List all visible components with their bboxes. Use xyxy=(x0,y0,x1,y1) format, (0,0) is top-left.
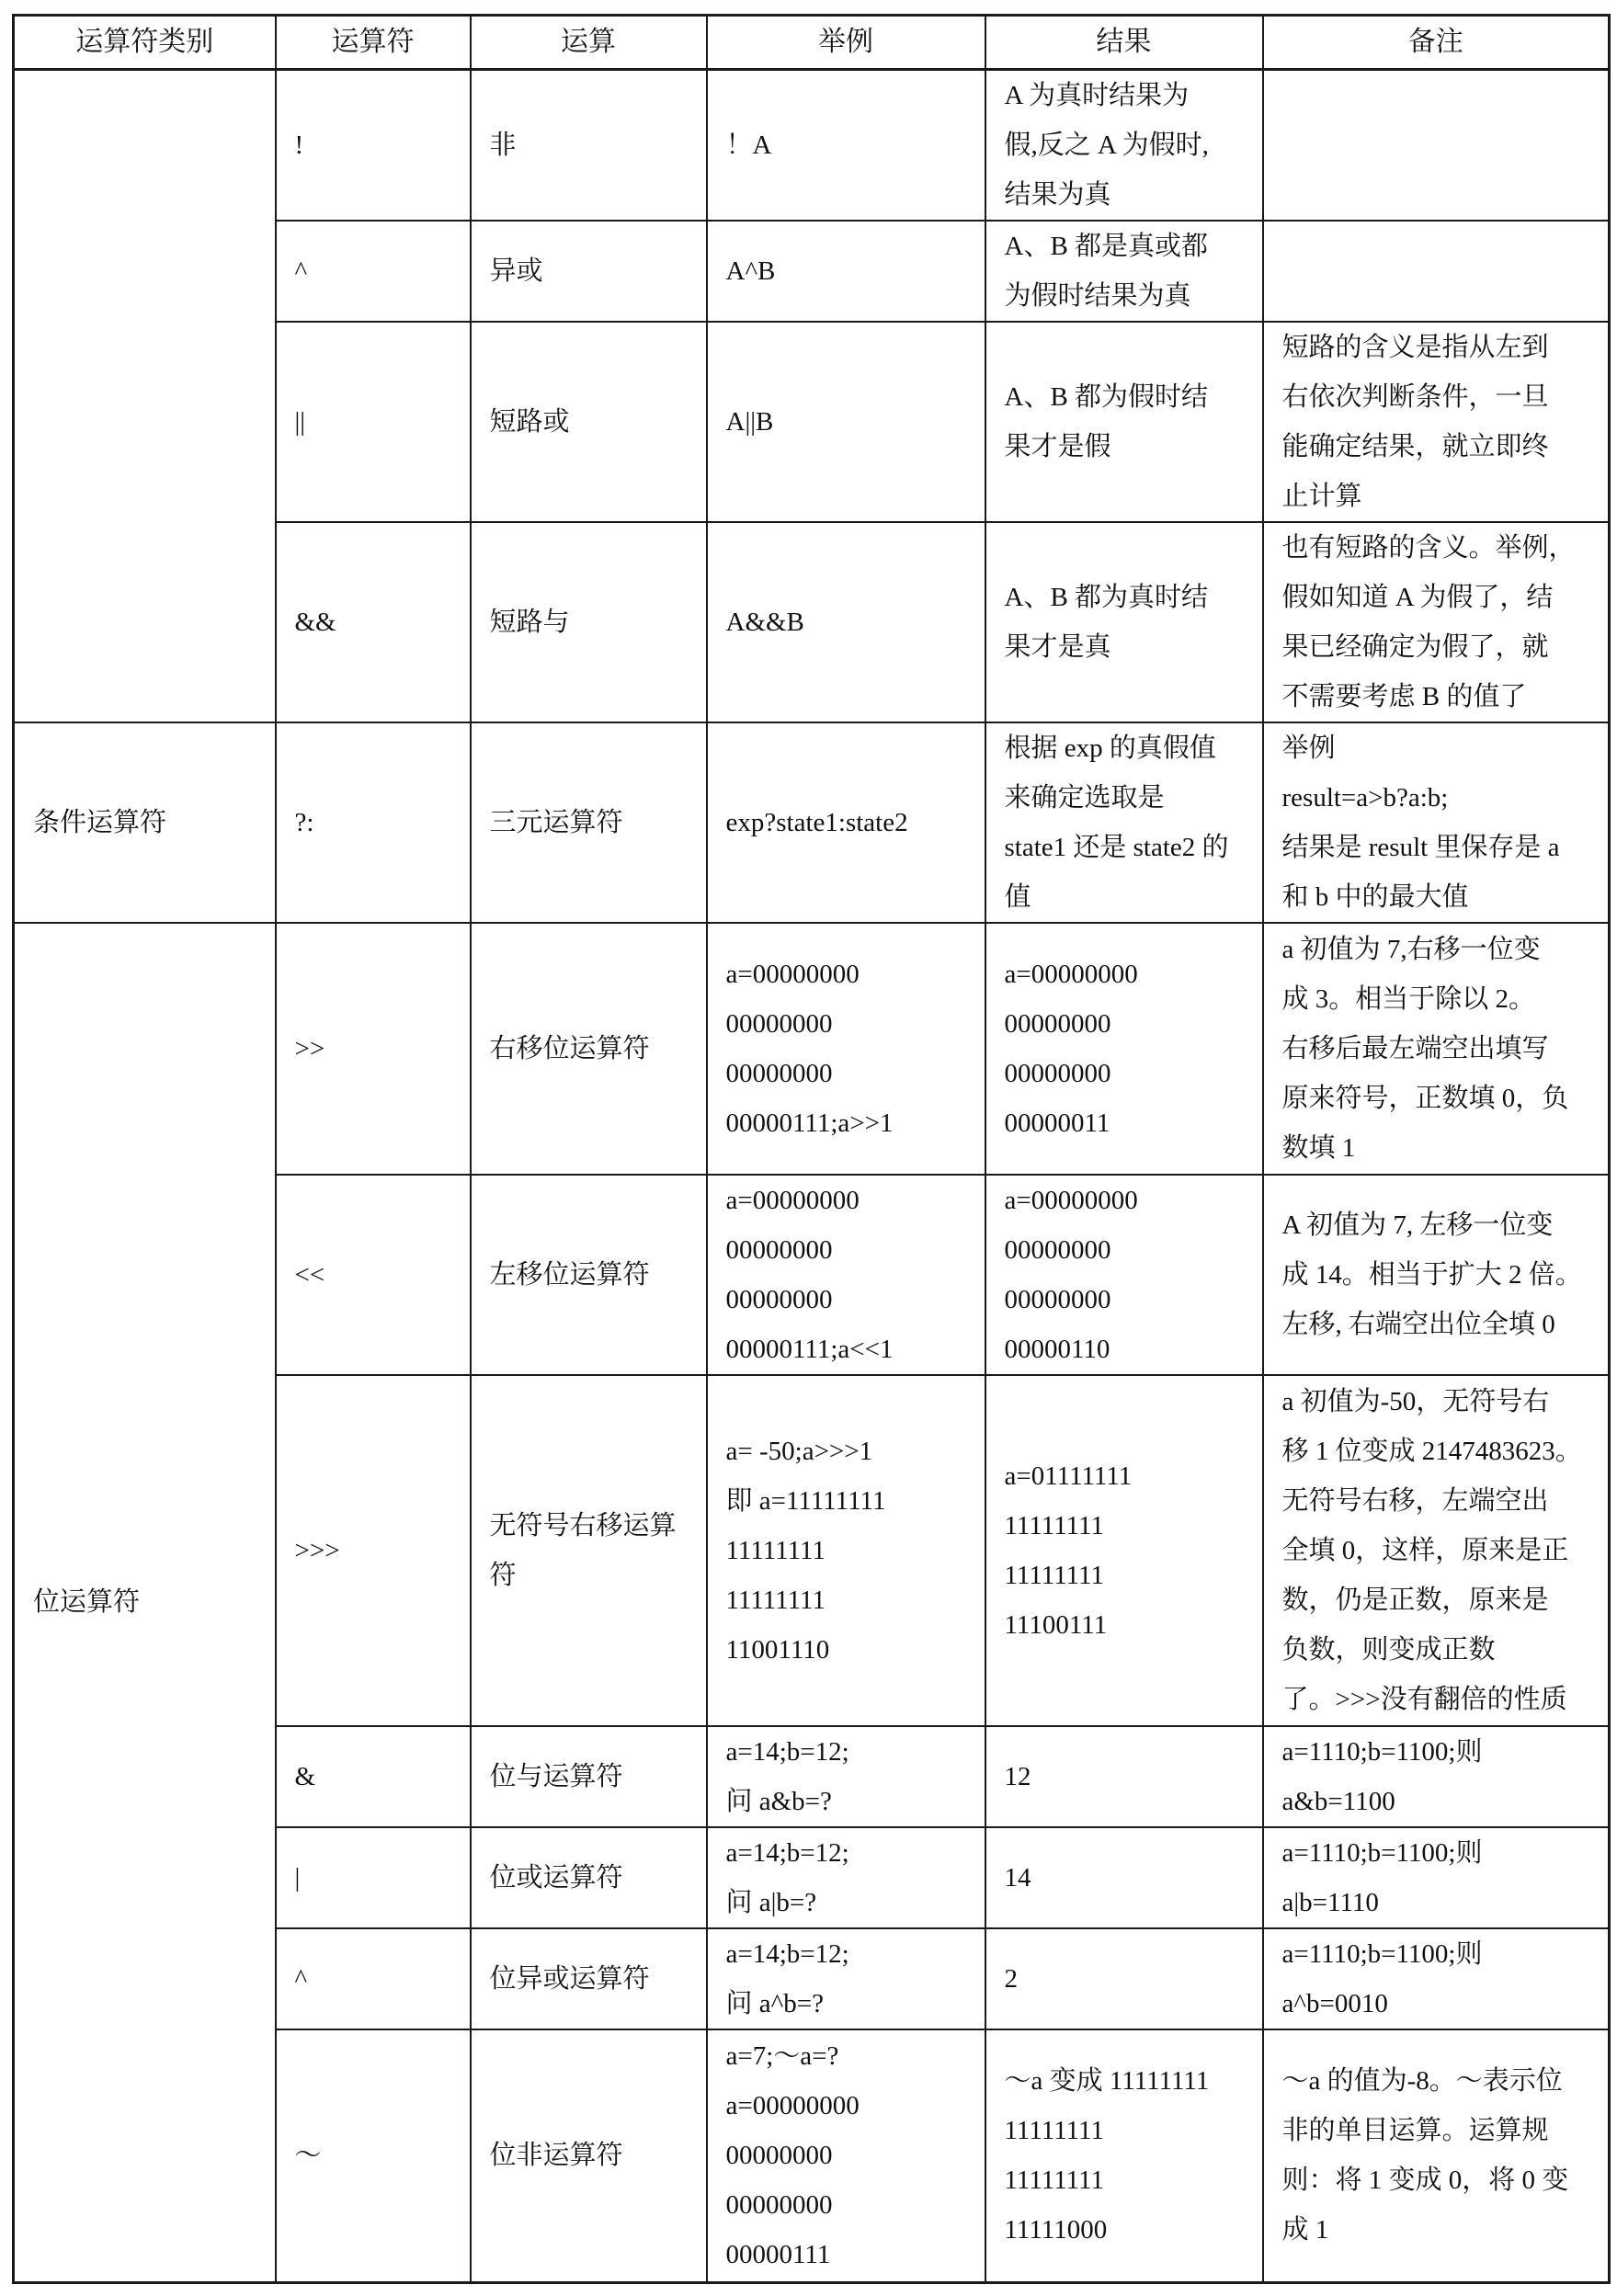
example-cell: A^B xyxy=(707,221,985,322)
operator-cell: && xyxy=(276,522,471,722)
note-line: 止计算 xyxy=(1282,472,1594,521)
result-line: 根据 exp 的真假值 xyxy=(1005,723,1247,773)
note-line: result=a>b?a:b; xyxy=(1282,773,1594,823)
result-line: A、B 都为假时结 xyxy=(1005,372,1247,422)
table-row: 条件运算符?:三元运算符exp?state1:state2根据 exp 的真假值… xyxy=(14,722,1610,923)
result-line: A、B 都是真或都 xyxy=(1005,222,1247,271)
note-cell: 也有短路的含义。举例，假如知道 A 为假了，结果已经确定为假了，就不需要考虑 B… xyxy=(1263,522,1610,722)
operator-cell: >> xyxy=(276,923,471,1175)
note-line: 则：将 1 变成 0，将 0 变 xyxy=(1282,2155,1594,2205)
example-line: 问 a&b=? xyxy=(726,1777,970,1826)
header-result: 结果 xyxy=(985,16,1263,70)
result-line: a=01111111 xyxy=(1005,1451,1247,1501)
header-example: 举例 xyxy=(707,16,985,70)
example-cell: a= -50;a>>>1即 a=111111111111111111111111… xyxy=(707,1375,985,1726)
note-line: A 初值为 7, 左移一位变 xyxy=(1282,1200,1594,1250)
example-cell: a=14;b=12;问 a|b=? xyxy=(707,1827,985,1928)
table-body: !非！AA 为真时结果为假,反之 A 为假时,结果为真^异或A^BA、B 都是真… xyxy=(14,70,1610,2283)
operator-cell: ～ xyxy=(276,2029,471,2282)
operation-cell: 短路或 xyxy=(471,322,707,522)
note-line: 右依次判断条件，一旦 xyxy=(1282,372,1594,422)
example-cell: a=14;b=12;问 a&b=? xyxy=(707,1726,985,1827)
result-cell: A、B 都为真时结果才是真 xyxy=(985,522,1263,722)
example-cell: A||B xyxy=(707,322,985,522)
note-cell: A 初值为 7, 左移一位变成 14。相当于扩大 2 倍。左移, 右端空出位全填… xyxy=(1263,1175,1610,1375)
category-cell: 条件运算符 xyxy=(14,722,276,923)
example-line: A||B xyxy=(726,397,970,447)
example-cell: ！A xyxy=(707,70,985,222)
result-line: a=00000000 xyxy=(1005,949,1247,999)
operation-cell: 位非运算符 xyxy=(471,2029,707,2282)
note-line: a=1110;b=1100;则 xyxy=(1282,1727,1594,1777)
operation-cell: 位或运算符 xyxy=(471,1827,707,1928)
note-line: 负数，则变成正数 xyxy=(1282,1625,1594,1675)
result-line: 11111000 xyxy=(1005,2205,1247,2255)
note-line: 无符号右移，左端空出 xyxy=(1282,1476,1594,1526)
example-line: 00000111;a<<1 xyxy=(726,1324,970,1374)
note-line: 举例 xyxy=(1282,723,1594,773)
operation-cell: 右移位运算符 xyxy=(471,923,707,1175)
operator-cell: << xyxy=(276,1175,471,1375)
result-line: 00000011 xyxy=(1005,1098,1247,1148)
result-cell: 12 xyxy=(985,1726,1263,1827)
category-cell xyxy=(14,70,276,723)
result-line: 2 xyxy=(1005,1954,1247,2004)
note-line: 右移后最左端空出填写 xyxy=(1282,1024,1594,1074)
operation-cell: 左移位运算符 xyxy=(471,1175,707,1375)
result-cell: A 为真时结果为假,反之 A 为假时,结果为真 xyxy=(985,70,1263,222)
note-cell: a=1110;b=1100;则a&b=1100 xyxy=(1263,1726,1610,1827)
operator-cell: ^ xyxy=(276,221,471,322)
example-line: a=00000000 xyxy=(726,949,970,999)
note-cell xyxy=(1263,70,1610,222)
operator-cell: ?: xyxy=(276,722,471,923)
note-line: 成 1 xyxy=(1282,2205,1594,2255)
note-cell: 短路的含义是指从左到右依次判断条件，一旦能确定结果，就立即终止计算 xyxy=(1263,322,1610,522)
note-line: a|b=1110 xyxy=(1282,1878,1594,1927)
result-line: 11111111 xyxy=(1005,2106,1247,2155)
note-line: 全填 0，这样，原来是正 xyxy=(1282,1526,1594,1575)
table-row: 位运算符>>右移位运算符a=00000000000000000000000000… xyxy=(14,923,1610,1175)
table-row: !非！AA 为真时结果为假,反之 A 为假时,结果为真 xyxy=(14,70,1610,222)
operation-cell: 非 xyxy=(471,70,707,222)
operators-table: 运算符类别 运算符 运算 举例 结果 备注 !非！AA 为真时结果为假,反之 A… xyxy=(12,14,1611,2284)
result-cell: A、B 都是真或都为假时结果为真 xyxy=(985,221,1263,322)
operator-cell: >>> xyxy=(276,1375,471,1726)
note-line: a 初值为 7,右移一位变 xyxy=(1282,925,1594,974)
note-line: 原来符号，正数填 0，负 xyxy=(1282,1074,1594,1123)
header-category: 运算符类别 xyxy=(14,16,276,70)
result-line: a=00000000 xyxy=(1005,1176,1247,1225)
result-cell: 根据 exp 的真假值来确定选取是state1 还是 state2 的值 xyxy=(985,722,1263,923)
operator-cell: || xyxy=(276,322,471,522)
note-line: a&b=1100 xyxy=(1282,1777,1594,1826)
note-line: 非的单目运算。运算规 xyxy=(1282,2106,1594,2155)
example-line: 11001110 xyxy=(726,1625,970,1675)
example-line: a=7;～a=? xyxy=(726,2031,970,2081)
example-line: 11111111 xyxy=(726,1575,970,1625)
result-line: 为假时结果为真 xyxy=(1005,271,1247,321)
result-cell: a=00000000000000000000000000000110 xyxy=(985,1175,1263,1375)
note-line: a^b=0010 xyxy=(1282,1979,1594,2029)
note-line: 成 3。相当于除以 2。 xyxy=(1282,974,1594,1024)
result-cell: 2 xyxy=(985,1928,1263,2029)
note-line: 数，仍是正数，原来是 xyxy=(1282,1575,1594,1625)
result-line: 12 xyxy=(1005,1752,1247,1802)
example-line: a=14;b=12; xyxy=(726,1929,970,1979)
result-line: 假,反之 A 为假时, xyxy=(1005,120,1247,170)
example-line: A&&B xyxy=(726,597,970,647)
note-line: 和 b 中的最大值 xyxy=(1282,872,1594,922)
example-line: 11111111 xyxy=(726,1526,970,1575)
result-line: 11111111 xyxy=(1005,2155,1247,2205)
operation-cell: 三元运算符 xyxy=(471,722,707,923)
operation-cell: 异或 xyxy=(471,221,707,322)
header-operator: 运算符 xyxy=(276,16,471,70)
note-line: 成 14。相当于扩大 2 倍。 xyxy=(1282,1250,1594,1300)
example-line: 00000111;a>>1 xyxy=(726,1098,970,1148)
example-cell: exp?state1:state2 xyxy=(707,722,985,923)
example-line: 00000000 xyxy=(726,1049,970,1098)
example-line: 00000111 xyxy=(726,2230,970,2279)
operation-cell: 位异或运算符 xyxy=(471,1928,707,2029)
note-line: ～a 的值为-8。～表示位 xyxy=(1282,2056,1594,2106)
example-line: 问 a^b=? xyxy=(726,1979,970,2029)
result-line: 果才是假 xyxy=(1005,422,1247,472)
result-cell: 14 xyxy=(985,1827,1263,1928)
example-line: 即 a=11111111 xyxy=(726,1476,970,1526)
result-line: 果才是真 xyxy=(1005,622,1247,672)
example-line: a= -50;a>>>1 xyxy=(726,1426,970,1476)
result-cell: A、B 都为假时结果才是假 xyxy=(985,322,1263,522)
example-line: a=00000000 xyxy=(726,2081,970,2131)
example-cell: a=7;～a=?a=000000000000000000000000000001… xyxy=(707,2029,985,2282)
note-line: 左移, 右端空出位全填 0 xyxy=(1282,1300,1594,1349)
note-cell: 举例result=a>b?a:b;结果是 result 里保存是 a和 b 中的… xyxy=(1263,722,1610,923)
example-cell: a=00000000000000000000000000000111;a<<1 xyxy=(707,1175,985,1375)
example-line: a=00000000 xyxy=(726,1176,970,1225)
note-cell: a 初值为 7,右移一位变成 3。相当于除以 2。右移后最左端空出填写原来符号，… xyxy=(1263,923,1610,1175)
example-line: A^B xyxy=(726,246,970,296)
note-line: 假如知道 A 为假了，结 xyxy=(1282,573,1594,622)
example-line: ！A xyxy=(726,120,970,170)
example-cell: a=00000000000000000000000000000111;a>>1 xyxy=(707,923,985,1175)
operation-cell: 无符号右移运算符 xyxy=(471,1375,707,1726)
note-line: a 初值为-50，无符号右 xyxy=(1282,1377,1594,1426)
result-line: ～a 变成 11111111 xyxy=(1005,2056,1247,2106)
example-line: 00000000 xyxy=(726,1275,970,1324)
note-line: 不需要考虑 B 的值了 xyxy=(1282,672,1594,722)
result-line: 11111111 xyxy=(1005,1551,1247,1600)
result-cell: a=00000000000000000000000000000011 xyxy=(985,923,1263,1175)
result-line: 14 xyxy=(1005,1853,1247,1903)
note-cell: a=1110;b=1100;则a|b=1110 xyxy=(1263,1827,1610,1928)
note-cell: a=1110;b=1100;则a^b=0010 xyxy=(1263,1928,1610,2029)
result-line: 00000000 xyxy=(1005,1275,1247,1324)
example-line: a=14;b=12; xyxy=(726,1727,970,1777)
note-line: 移 1 位变成 2147483623。 xyxy=(1282,1426,1594,1476)
note-line: 能确定结果，就立即终 xyxy=(1282,422,1594,472)
example-line: a=14;b=12; xyxy=(726,1828,970,1878)
operation-cell: 位与运算符 xyxy=(471,1726,707,1827)
example-cell: a=14;b=12;问 a^b=? xyxy=(707,1928,985,2029)
note-line: a=1110;b=1100;则 xyxy=(1282,1828,1594,1878)
result-line: 来确定选取是 xyxy=(1005,773,1247,823)
result-line: 00000000 xyxy=(1005,1225,1247,1275)
note-cell: a 初值为-50，无符号右移 1 位变成 2147483623。无符号右移，左端… xyxy=(1263,1375,1610,1726)
result-line: A 为真时结果为 xyxy=(1005,71,1247,120)
header-operation: 运算 xyxy=(471,16,707,70)
note-line: 结果是 result 里保存是 a xyxy=(1282,823,1594,872)
result-line: A、B 都为真时结 xyxy=(1005,573,1247,622)
operator-cell: ! xyxy=(276,70,471,222)
note-cell: ～a 的值为-8。～表示位非的单目运算。运算规则：将 1 变成 0，将 0 变成… xyxy=(1263,2029,1610,2282)
result-line: 11100111 xyxy=(1005,1600,1247,1650)
example-cell: A&&B xyxy=(707,522,985,722)
result-line: 00000110 xyxy=(1005,1324,1247,1374)
result-line: state1 还是 state2 的 xyxy=(1005,823,1247,872)
category-cell: 位运算符 xyxy=(14,923,276,2282)
operator-cell: ^ xyxy=(276,1928,471,2029)
result-cell: ～a 变成 11111111111111111111111111111000 xyxy=(985,2029,1263,2282)
note-line: 数填 1 xyxy=(1282,1123,1594,1173)
result-line: 00000000 xyxy=(1005,999,1247,1049)
result-line: 值 xyxy=(1005,872,1247,922)
note-line: 短路的含义是指从左到 xyxy=(1282,323,1594,372)
note-line: 了。>>>没有翻倍的性质 xyxy=(1282,1675,1594,1724)
result-line: 00000000 xyxy=(1005,1049,1247,1098)
example-line: 00000000 xyxy=(726,1225,970,1275)
operation-cell: 短路与 xyxy=(471,522,707,722)
example-line: 00000000 xyxy=(726,999,970,1049)
note-cell xyxy=(1263,221,1610,322)
example-line: 00000000 xyxy=(726,2180,970,2230)
example-line: 00000000 xyxy=(726,2131,970,2180)
result-line: 11111111 xyxy=(1005,1501,1247,1551)
operator-cell: & xyxy=(276,1726,471,1827)
note-line: 也有短路的含义。举例， xyxy=(1282,523,1594,573)
note-line: a=1110;b=1100;则 xyxy=(1282,1929,1594,1979)
example-line: exp?state1:state2 xyxy=(726,798,970,847)
operator-cell: | xyxy=(276,1827,471,1928)
example-line: 问 a|b=? xyxy=(726,1878,970,1927)
note-line: 果已经确定为假了，就 xyxy=(1282,622,1594,672)
header-row: 运算符类别 运算符 运算 举例 结果 备注 xyxy=(14,16,1610,70)
header-note: 备注 xyxy=(1263,16,1610,70)
result-line: 结果为真 xyxy=(1005,170,1247,220)
result-cell: a=01111111111111111111111111100111 xyxy=(985,1375,1263,1726)
